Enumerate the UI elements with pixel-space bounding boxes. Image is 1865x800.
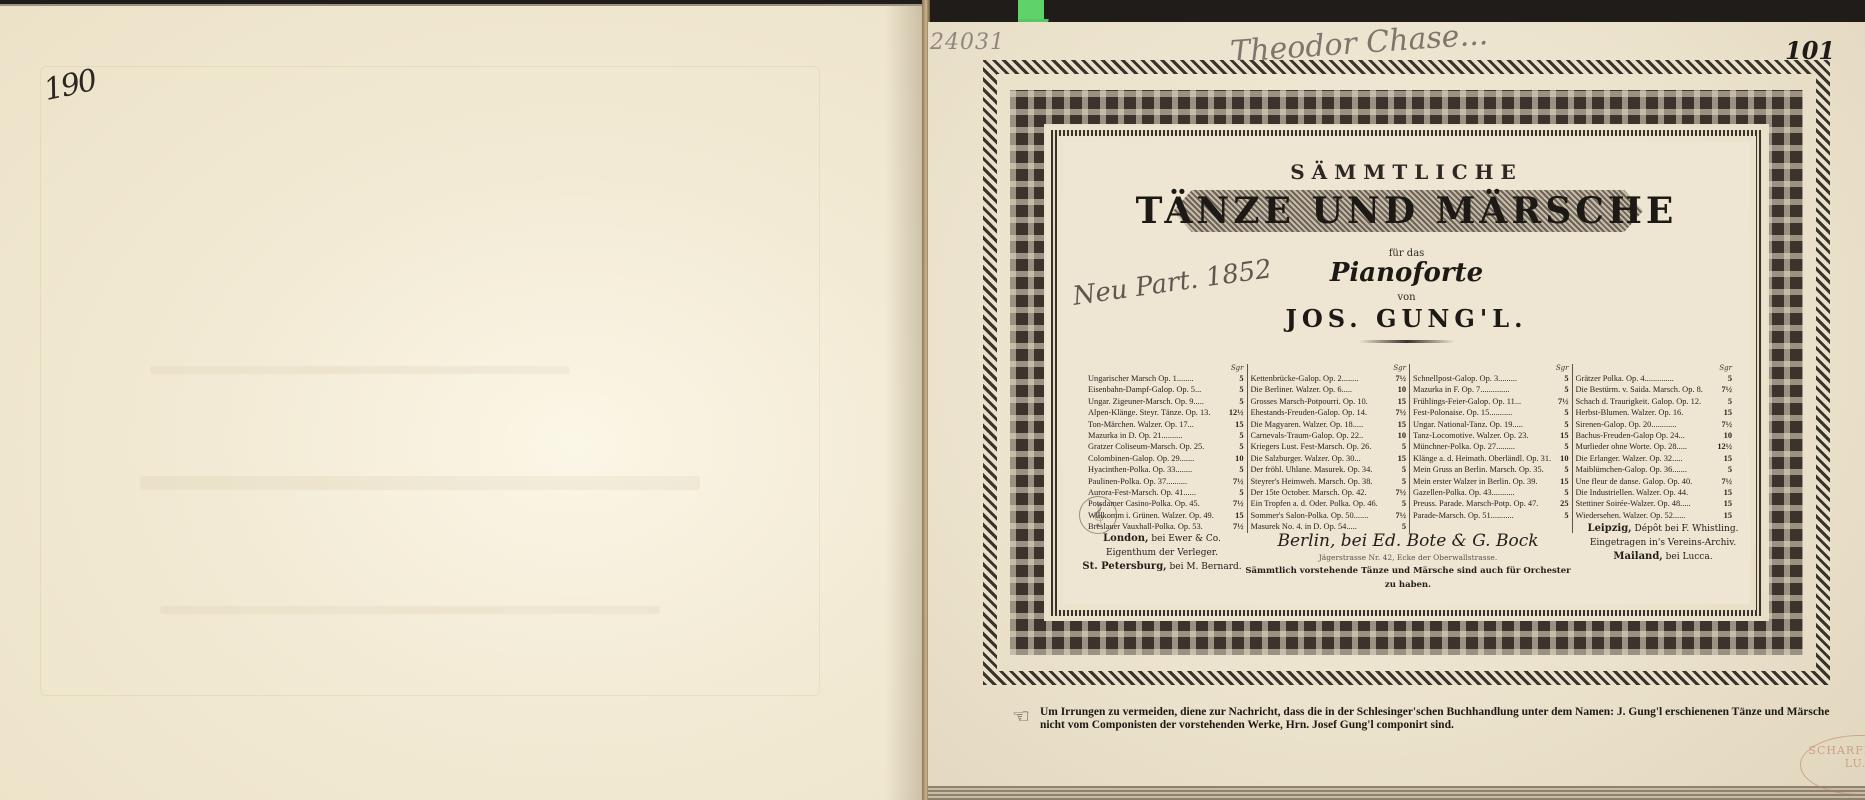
work-entry: Parade-Marsch. Op. 51...........5 <box>1413 510 1569 521</box>
work-title: Steyrer's Heimweh. Marsch. Op. 38. <box>1251 476 1373 487</box>
work-title: Grätzer Polka. Op. 4.............. <box>1576 373 1674 384</box>
work-price: 15 <box>1233 510 1243 521</box>
work-title: Die Industriellen. Walzer. Op. 44. <box>1576 487 1689 498</box>
work-price: 5 <box>1237 487 1243 498</box>
work-title: Mazurka in F. Op. 7.............. <box>1413 384 1510 395</box>
show-through-line <box>160 606 660 614</box>
work-title: Preuss. Parade. Marsch-Potp. Op. 47. <box>1413 498 1538 509</box>
work-title: Ungarischer Marsch Op. 1........ <box>1088 373 1194 384</box>
work-entry: Colombinen-Galop. Op. 29.......10 <box>1088 453 1244 464</box>
publisher-lyre-stamp-icon: 𝄞 <box>1079 496 1117 534</box>
work-price: 7½ <box>1720 476 1732 487</box>
work-price: 15 <box>1722 510 1732 521</box>
work-price: 7½ <box>1556 396 1568 407</box>
work-title: Grosses Marsch-Potpourri. Op. 10. <box>1251 396 1368 407</box>
work-entry: Schach d. Traurigkeit. Galop. Op. 12.5 <box>1576 396 1733 407</box>
work-entry: Herbst-Blumen. Walzer. Op. 16.15 <box>1576 407 1733 418</box>
work-price: 15 <box>1233 419 1243 430</box>
work-entry: Die Salzburger. Walzer. Op. 30...15 <box>1251 453 1407 464</box>
work-price: 5 <box>1562 464 1568 475</box>
work-price: 5 <box>1400 498 1406 509</box>
work-price: 15 <box>1396 396 1406 407</box>
work-entry: Une fleur de danse. Galop. Op. 40.7½ <box>1576 476 1733 487</box>
work-entry: Stettiner Soirée-Walzer. Op. 48.....15 <box>1576 498 1733 509</box>
work-title: Ungar. National-Tanz. Op. 19..... <box>1413 419 1523 430</box>
price-unit-header: Sgr <box>1576 364 1733 373</box>
work-price: 5 <box>1562 407 1568 418</box>
works-column-3: Sgr Schnellpost-Galop. Op. 3.........5Ma… <box>1410 364 1573 533</box>
work-title: Fest-Polonaise. Op. 15........... <box>1413 407 1512 418</box>
work-title: Sirenen-Galop. Op. 20............ <box>1576 419 1677 430</box>
imprint-st-petersburg-publisher: bei M. Bernard. <box>1167 562 1242 572</box>
work-entry: Schnellpost-Galop. Op. 3.........5 <box>1413 373 1569 384</box>
work-title: Stettiner Soirée-Walzer. Op. 48..... <box>1576 498 1691 509</box>
work-price: 5 <box>1562 487 1568 498</box>
work-title: Die Salzburger. Walzer. Op. 30... <box>1251 453 1361 464</box>
work-title: Ein Tropfen a. d. Oder. Polka. Op. 46. <box>1251 498 1378 509</box>
work-entry: Ton-Märchen. Walzer. Op. 17...15 <box>1088 419 1244 430</box>
work-entry: Sommer's Salon-Polka. Op. 50.......7½ <box>1251 510 1407 521</box>
works-catalogue: Sgr Ungarischer Marsch Op. 1........5Eis… <box>1085 364 1735 533</box>
work-price: 7½ <box>1394 487 1406 498</box>
work-price: 7½ <box>1720 419 1732 430</box>
work-price: 5 <box>1726 373 1732 384</box>
work-title: Maiblümchen-Galop. Op. 36....... <box>1576 464 1687 475</box>
work-entry: Die Berliner. Walzer. Op. 6.....10 <box>1251 384 1407 395</box>
work-price: 5 <box>1400 464 1406 475</box>
work-entry: Gratzer Coliseum-Marsch. Op. 25.5 <box>1088 441 1244 452</box>
work-price: 5 <box>1562 510 1568 521</box>
work-title: Colombinen-Galop. Op. 29....... <box>1088 453 1194 464</box>
work-title: Gratzer Coliseum-Marsch. Op. 25. <box>1088 441 1204 452</box>
green-tab-marker <box>1018 0 1044 23</box>
work-entry: Die Erlanger. Walzer. Op. 32.....15 <box>1576 453 1733 464</box>
work-title: Ton-Märchen. Walzer. Op. 17... <box>1088 419 1194 430</box>
work-price: 5 <box>1562 373 1568 384</box>
work-entry: Maiblümchen-Galop. Op. 36.......5 <box>1576 464 1733 475</box>
work-price: 5 <box>1726 464 1732 475</box>
work-title: Herbst-Blumen. Walzer. Op. 16. <box>1576 407 1684 418</box>
work-entry: Tanz-Locomotive. Walzer. Op. 23.15 <box>1413 430 1569 441</box>
work-price: 15 <box>1396 453 1406 464</box>
work-entry: Murlieder ohne Worte. Op. 28.....12½ <box>1576 441 1733 452</box>
work-price: 5 <box>1562 384 1568 395</box>
work-entry: Alpen-Klänge. Steyr. Tänze. Op. 13.12½ <box>1088 407 1244 418</box>
work-price: 10 <box>1396 384 1406 395</box>
work-entry: Der fröhl. Uhlane. Masurek. Op. 34.5 <box>1251 464 1407 475</box>
work-title: Mein erster Walzer in Berlin. Op. 39. <box>1413 476 1538 487</box>
work-title: Die Erlanger. Walzer. Op. 32..... <box>1576 453 1683 464</box>
work-title: Kettenbrücke-Galop. Op. 2........ <box>1251 373 1359 384</box>
work-price: 7½ <box>1720 384 1732 395</box>
work-title: Parade-Marsch. Op. 51........... <box>1413 510 1514 521</box>
work-title: Klänge a. d. Heimath. Oberländl. Op. 31. <box>1413 453 1551 464</box>
work-entry: Hyacinthen-Polka. Op. 33........5 <box>1088 464 1244 475</box>
title-main: TÄNZE UND MÄRSCHE <box>1063 190 1750 232</box>
imprint-st-petersburg: St. Petersburg, <box>1082 561 1166 572</box>
publisher-berlin: Berlin, bei Ed. Bote & G. Bock <box>1243 530 1573 552</box>
work-price: 10 <box>1722 430 1732 441</box>
work-entry: Wiedersehen. Walzer. Op. 52......15 <box>1576 510 1733 521</box>
work-entry: Die Industriellen. Walzer. Op. 44.15 <box>1576 487 1733 498</box>
work-title: Bachus-Freuden-Galop Op. 24... <box>1576 430 1685 441</box>
work-title: Frühlings-Feier-Galop. Op. 11... <box>1413 396 1521 407</box>
work-entry: Mazurka in D. Op. 21..........5 <box>1088 430 1244 441</box>
work-entry: Sirenen-Galop. Op. 20............7½ <box>1576 419 1733 430</box>
work-entry: Kriegers Lust. Fest-Marsch. Op. 26.5 <box>1251 441 1407 452</box>
imprint-right: Leipzig, Dépôt bei F. Whistling. Eingetr… <box>1583 522 1743 564</box>
work-title: Mazurka in D. Op. 21.......... <box>1088 430 1182 441</box>
work-title: Wiedersehen. Walzer. Op. 52...... <box>1576 510 1686 521</box>
imprint-leipzig: Leipzig, <box>1588 523 1632 534</box>
disclaimer-text: Um Irrungen zu vermeiden, diene zur Nach… <box>1040 706 1842 732</box>
imprint-center: Berlin, bei Ed. Bote & G. Bock Jägerstra… <box>1243 530 1573 592</box>
work-title: Une fleur de danse. Galop. Op. 40. <box>1576 476 1693 487</box>
imprint-mailand-publisher: bei Lucca. <box>1663 552 1713 562</box>
work-price: 5 <box>1726 396 1732 407</box>
work-entry: Preuss. Parade. Marsch-Potp. Op. 47.25 <box>1413 498 1569 509</box>
work-entry: Ein Tropfen a. d. Oder. Polka. Op. 46.5 <box>1251 498 1407 509</box>
work-title: Schnellpost-Galop. Op. 3......... <box>1413 373 1517 384</box>
work-entry: Steyrer's Heimweh. Marsch. Op. 38.5 <box>1251 476 1407 487</box>
title-line-saemmtliche: SÄMMTLICHE <box>1063 160 1750 184</box>
work-price: 25 <box>1558 498 1568 509</box>
work-entry: Gazellen-Polka. Op. 43...........5 <box>1413 487 1569 498</box>
work-entry: Grosses Marsch-Potpourri. Op. 10.15 <box>1251 396 1407 407</box>
work-price: 5 <box>1562 441 1568 452</box>
work-entry: Frühlings-Feier-Galop. Op. 11...7½ <box>1413 396 1569 407</box>
work-title: Der 15te October. Marsch. Op. 42. <box>1251 487 1367 498</box>
work-title: Mein Gruss an Berlin. Marsch. Op. 35. <box>1413 464 1544 475</box>
work-title: Eisenbahn-Dampf-Galop. Op. 5... <box>1088 384 1201 395</box>
work-price: 10 <box>1558 453 1568 464</box>
work-price: 5 <box>1400 441 1406 452</box>
work-title: Kriegers Lust. Fest-Marsch. Op. 26. <box>1251 441 1372 452</box>
work-entry: Ungar. National-Tanz. Op. 19.....5 <box>1413 419 1569 430</box>
work-price: 10 <box>1233 453 1243 464</box>
imprint-london-publisher: bei Ewer & Co. <box>1149 534 1221 544</box>
work-entry: Paulinen-Polka. Op. 37..........7½ <box>1088 476 1244 487</box>
works-column-4: Sgr Grätzer Polka. Op. 4..............5D… <box>1573 364 1736 533</box>
page-stack-edge <box>928 786 1865 800</box>
price-unit-header: Sgr <box>1088 364 1244 373</box>
work-entry: Grätzer Polka. Op. 4..............5 <box>1576 373 1733 384</box>
work-entry: Ungarischer Marsch Op. 1........5 <box>1088 373 1244 384</box>
work-entry: Münchner-Polka. Op. 27.........5 <box>1413 441 1569 452</box>
work-entry: Der 15te October. Marsch. Op. 42.7½ <box>1251 487 1407 498</box>
work-entry: Klänge a. d. Heimath. Oberländl. Op. 31.… <box>1413 453 1569 464</box>
show-through-line <box>150 366 570 374</box>
work-entry: Eisenbahn-Dampf-Galop. Op. 5...5 <box>1088 384 1244 395</box>
work-entry: Ehestands-Freuden-Galop. Op. 14.7½ <box>1251 407 1407 418</box>
left-page: 190 <box>0 4 925 800</box>
work-entry: Mazurka in F. Op. 7..............5 <box>1413 384 1569 395</box>
work-title: Die Magyaren. Walzer. Op. 18..... <box>1251 419 1364 430</box>
work-title: Der fröhl. Uhlane. Masurek. Op. 34. <box>1251 464 1373 475</box>
work-price: 7½ <box>1394 510 1406 521</box>
pointing-hand-icon: ☜ <box>1012 706 1030 726</box>
title-page-panel: SÄMMTLICHE TÄNZE UND MÄRSCHE für das Pia… <box>1063 142 1750 604</box>
decorative-swash <box>1359 340 1455 343</box>
work-price: 10 <box>1396 430 1406 441</box>
work-title: Münchner-Polka. Op. 27......... <box>1413 441 1515 452</box>
work-price: 12½ <box>1227 407 1244 418</box>
show-through-frame <box>40 66 820 696</box>
work-price: 5 <box>1400 476 1406 487</box>
work-title: Alpen-Klänge. Steyr. Tänze. Op. 13. <box>1088 407 1210 418</box>
work-price: 15 <box>1396 419 1406 430</box>
work-entry: Ungar. Zigeuner-Marsch. Op. 9.....5 <box>1088 396 1244 407</box>
disclaimer-notice: ☜ Um Irrungen zu vermeiden, diene zur Na… <box>1012 706 1842 732</box>
handwritten-accession-number: 24031 <box>930 30 1005 55</box>
work-entry: Carnevals-Traum-Galop. Op. 22..10 <box>1251 430 1407 441</box>
work-price: 7½ <box>1394 373 1406 384</box>
work-entry: Mein Gruss an Berlin. Marsch. Op. 35.5 <box>1413 464 1569 475</box>
work-price: 5 <box>1237 430 1243 441</box>
work-title: Die Bestürm. v. Saida. Marsch. Op. 8. <box>1576 384 1703 395</box>
works-column-2: Sgr Kettenbrücke-Galop. Op. 2........7½D… <box>1248 364 1411 533</box>
work-entry: Aurora-Fest-Marsch. Op. 41......5 <box>1088 487 1244 498</box>
work-title: Ungar. Zigeuner-Marsch. Op. 9..... <box>1088 396 1204 407</box>
work-entry: Mein erster Walzer in Berlin. Op. 39.15 <box>1413 476 1569 487</box>
work-title: Hyacinthen-Polka. Op. 33........ <box>1088 464 1192 475</box>
work-title: Die Berliner. Walzer. Op. 6..... <box>1251 384 1353 395</box>
work-price: 5 <box>1237 464 1243 475</box>
work-entry: Bachus-Freuden-Galop Op. 24...10 <box>1576 430 1733 441</box>
publisher-address: Jägerstrasse Nr. 42, Ecke der Oberwallst… <box>1243 552 1573 564</box>
work-price: 5 <box>1562 419 1568 430</box>
work-price: 5 <box>1237 384 1243 395</box>
work-title: Ehestands-Freuden-Galop. Op. 14. <box>1251 407 1368 418</box>
show-through-line <box>140 476 700 490</box>
work-price: 5 <box>1237 373 1243 384</box>
work-price: 15 <box>1722 487 1732 498</box>
work-title: Paulinen-Polka. Op. 37.......... <box>1088 476 1187 487</box>
work-price: 7½ <box>1231 521 1243 532</box>
work-title: Murlieder ohne Worte. Op. 28..... <box>1576 441 1688 452</box>
work-title: Carnevals-Traum-Galop. Op. 22.. <box>1251 430 1364 441</box>
price-unit-header: Sgr <box>1251 364 1407 373</box>
imprint-left: London, bei Ewer & Co. Eigenthum der Ver… <box>1077 532 1247 574</box>
work-price: 15 <box>1558 430 1568 441</box>
work-entry: Fest-Polonaise. Op. 15...........5 <box>1413 407 1569 418</box>
work-entry: Die Bestürm. v. Saida. Marsch. Op. 8.7½ <box>1576 384 1733 395</box>
work-title: Schach d. Traurigkeit. Galop. Op. 12. <box>1576 396 1702 407</box>
work-price: 5 <box>1237 396 1243 407</box>
work-price: 15 <box>1558 476 1568 487</box>
work-title: Gazellen-Polka. Op. 43........... <box>1413 487 1515 498</box>
gutter-shadow <box>885 6 925 800</box>
price-unit-header: Sgr <box>1413 364 1569 373</box>
composer-name: JOS. GUNG'L. <box>1063 304 1750 333</box>
imprint-property-note: Eigenthum der Verleger. <box>1077 546 1247 560</box>
work-title: Sommer's Salon-Polka. Op. 50....... <box>1251 510 1369 521</box>
orchestra-availability-note: Sämmtlich vorstehende Tänze und Märsche … <box>1243 564 1573 592</box>
work-entry: Die Magyaren. Walzer. Op. 18.....15 <box>1251 419 1407 430</box>
work-price: 15 <box>1722 453 1732 464</box>
imprint-leipzig-depot: Dépôt bei F. Whistling. <box>1632 524 1739 534</box>
work-price: 15 <box>1722 498 1732 509</box>
work-price: 12½ <box>1715 441 1732 452</box>
work-price: 7½ <box>1231 498 1243 509</box>
imprint-london: London, <box>1103 533 1148 544</box>
work-entry: Kettenbrücke-Galop. Op. 2........7½ <box>1251 373 1407 384</box>
imprint-mailand: Mailand, <box>1613 551 1662 562</box>
work-title: Tanz-Locomotive. Walzer. Op. 23. <box>1413 430 1529 441</box>
work-price: 5 <box>1237 441 1243 452</box>
work-price: 7½ <box>1394 407 1406 418</box>
work-price: 15 <box>1722 407 1732 418</box>
work-price: 7½ <box>1231 476 1243 487</box>
imprint-registration: Eingetragen in's Vereins-Archiv. <box>1583 536 1743 550</box>
